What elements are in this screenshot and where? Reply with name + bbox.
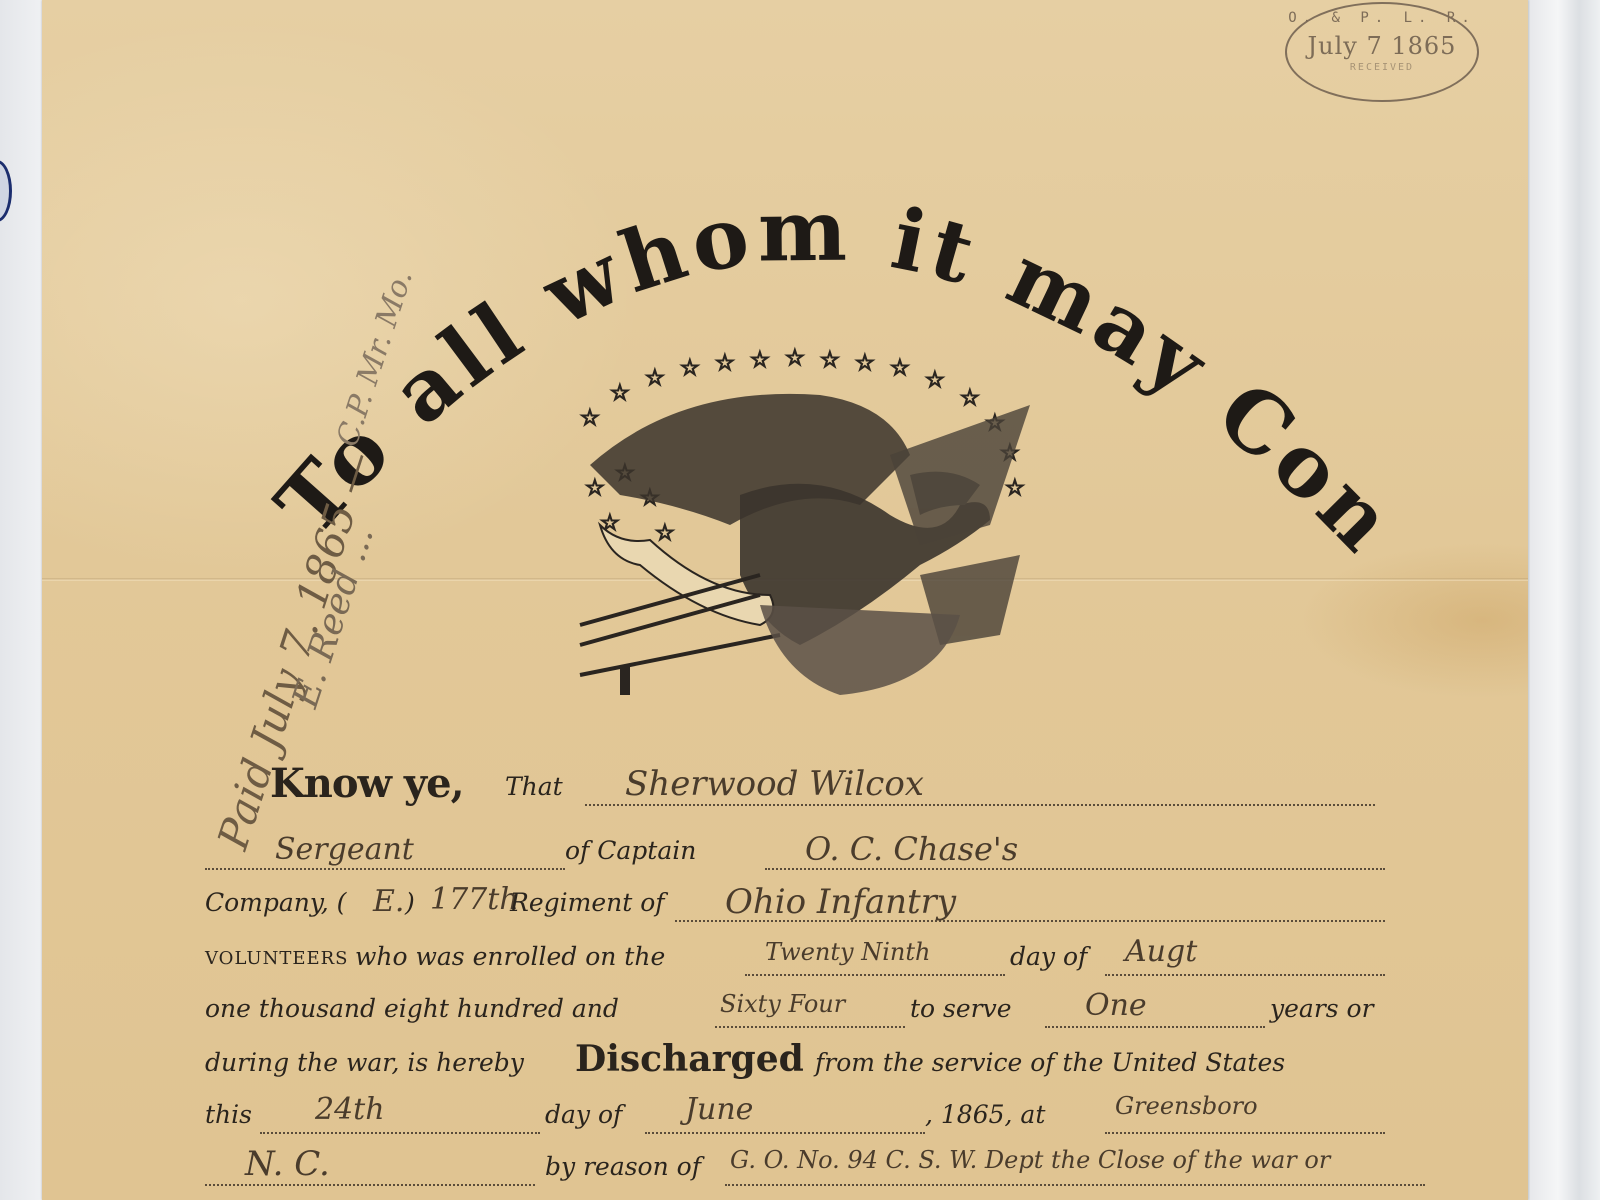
discharge-month: June: [685, 1092, 753, 1127]
years-or-label: years or: [1270, 994, 1374, 1023]
svg-text:☆: ☆: [855, 351, 875, 376]
soldier-rank: Sergeant: [275, 832, 414, 867]
line-rank-captain: Sergeant of Captain O. C. Chase's: [205, 830, 1405, 882]
enrolled-year-line: [715, 1026, 905, 1028]
tassel-icon: [620, 665, 630, 695]
svg-text:☆: ☆: [1005, 476, 1025, 501]
svg-text:☆: ☆: [585, 476, 605, 501]
svg-text:☆: ☆: [680, 356, 700, 381]
enrolled-day-line: [745, 974, 1005, 976]
enrolled-year: Sixty Four: [720, 990, 845, 1018]
know-ye-heading: Know ye,: [270, 760, 464, 807]
that-label: That: [505, 772, 563, 801]
enrolled-month-line: [1105, 974, 1385, 976]
svg-text:☆: ☆: [785, 346, 805, 371]
during-war-text: during the war, is hereby: [205, 1048, 524, 1077]
day-of-label: day of: [1010, 942, 1087, 971]
svg-text:☆: ☆: [925, 368, 945, 393]
term-length: One: [1085, 988, 1147, 1023]
captain-name: O. C. Chase's: [805, 830, 1018, 868]
regiment-label: Regiment of: [510, 888, 665, 917]
day-of-label-2: day of: [545, 1100, 622, 1129]
year-text: one thousand eight hundred and: [205, 994, 619, 1023]
enrolled-day: Twenty Ninth: [765, 938, 930, 966]
captain-field-line: [765, 868, 1385, 870]
to-serve-label: to serve: [910, 994, 1012, 1023]
svg-text:☆: ☆: [655, 521, 675, 546]
name-field-line: [585, 804, 1375, 806]
discharge-place: Greensboro: [1115, 1092, 1258, 1120]
eagle-engraving-icon: ☆ ☆ ☆ ☆ ☆ ☆ ☆ ☆ ☆ ☆ ☆ ☆ ☆ ☆ ☆ ☆ ☆ ☆ ☆ ☆: [560, 345, 1040, 715]
discharge-day-line: [260, 1132, 540, 1134]
line-reason: N. C. by reason of G. O. No. 94 C. S. W.…: [205, 1142, 1405, 1194]
company-letter: E.: [373, 884, 404, 919]
volunteers-label: VOLUNTEERS: [205, 948, 349, 969]
year-1865: , 1865, at: [925, 1100, 1045, 1129]
enrolled-text: who was enrolled on the: [355, 942, 665, 971]
svg-text:☆: ☆: [715, 351, 735, 376]
regiment-state: Ohio Infantry: [725, 882, 956, 922]
svg-text:☆: ☆: [610, 381, 630, 406]
place-field-line: [1105, 1132, 1385, 1134]
discharge-state: N. C.: [245, 1144, 330, 1184]
line-discharged: during the war, is hereby Discharged fro…: [205, 1038, 1405, 1090]
regiment-number: 177th: [430, 882, 519, 917]
enrolled-month: Augt: [1125, 934, 1197, 969]
shield-icon: [760, 605, 960, 695]
discharge-reason: G. O. No. 94 C. S. W. Dept the Close of …: [730, 1146, 1330, 1174]
company-label: Company, (: [205, 888, 346, 917]
from-service-text: from the service of the United States: [815, 1048, 1285, 1077]
term-field-line: [1045, 1026, 1265, 1028]
by-reason-label: by reason of: [545, 1152, 701, 1181]
svg-text:☆: ☆: [820, 348, 840, 373]
line-discharge-date: this 24th day of June , 1865, at Greensb…: [205, 1090, 1405, 1142]
of-captain-label: of Captain: [565, 836, 696, 865]
svg-text:☆: ☆: [890, 356, 910, 381]
company-close: ): [405, 888, 415, 917]
svg-text:☆: ☆: [750, 348, 770, 373]
discharged-heading: Discharged: [575, 1038, 804, 1080]
certificate-body: Know ye, That Sherwood Wilcox Sergeant o…: [205, 760, 1405, 1194]
svg-text:☆: ☆: [645, 366, 665, 391]
line-company-regiment: Company, ( E. ) 177th Regiment of Ohio I…: [205, 882, 1405, 934]
this-label: this: [205, 1100, 252, 1129]
state-field-line: [205, 1184, 535, 1186]
svg-text:☆: ☆: [960, 386, 980, 411]
line-know-ye: Know ye, That Sherwood Wilcox: [205, 760, 1405, 830]
reason-field-line: [725, 1184, 1425, 1186]
rank-field-line: [205, 868, 565, 870]
discharge-day: 24th: [315, 1092, 385, 1127]
line-enrolled: VOLUNTEERS who was enrolled on the Twent…: [205, 934, 1405, 986]
svg-text:☆: ☆: [580, 406, 600, 431]
discharge-month-line: [645, 1132, 925, 1134]
soldier-name: Sherwood Wilcox: [625, 764, 924, 804]
line-year-term: one thousand eight hundred and Sixty Fou…: [205, 986, 1405, 1038]
